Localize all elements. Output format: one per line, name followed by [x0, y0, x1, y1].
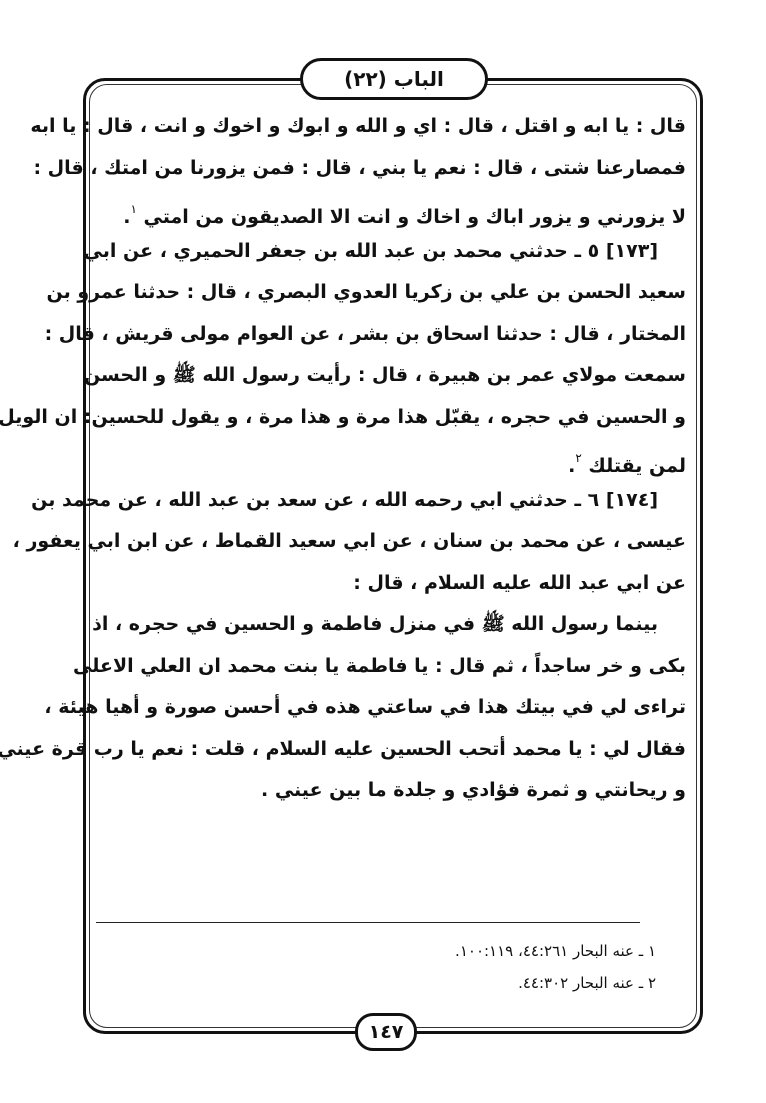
footnote-2: ٢ ـ عنه البحار ٤٤:٣٠٢. [455, 967, 656, 999]
footnote-1: ١ ـ عنه البحار ٤٤:٢٦١، ١٠٠:١١٩. [455, 935, 656, 967]
text-line: قال : يا ابه و اقتل ، قال : اي و الله و … [100, 106, 686, 148]
text-line-content: لا يزورني و يزور اباك و اخاك و انت الا ا… [144, 206, 686, 228]
text-line: و ريحانتي و ثمرة فؤادي و جلدة ما بين عين… [100, 770, 686, 812]
hadith-174-start: [١٧٤] ٦ ـ حدثني ابي رحمه الله ، عن سعد ب… [100, 480, 686, 522]
text-line: و الحسين في حجره ، يقبّل هذا مرة و هذا م… [100, 397, 686, 439]
text-line: تراءى لي في بيتك هذا في ساعتي هذه في أحس… [100, 687, 686, 729]
body-text: قال : يا ابه و اقتل ، قال : اي و الله و … [100, 106, 686, 812]
text-line: لا يزورني و يزور اباك و اخاك و انت الا ا… [100, 189, 686, 231]
page-number: ١٤٧ [355, 1013, 417, 1051]
footnote-marker: ١ [130, 202, 136, 216]
text-line: بينما رسول الله ﷺ في منزل فاطمة و الحسين… [100, 604, 686, 646]
hadith-173-start: [١٧٣] ٥ ـ حدثني محمد بن عبد الله بن جعفر… [100, 231, 686, 273]
chapter-title: الباب (٢٢) [300, 58, 488, 100]
text-line: عيسى ، عن محمد بن سنان ، عن ابي سعيد الق… [100, 521, 686, 563]
footnote-separator [96, 922, 640, 923]
text-line: سمعت مولاي عمر بن هبيرة ، قال : رأيت رسو… [100, 355, 686, 397]
footnotes: ١ ـ عنه البحار ٤٤:٢٦١، ١٠٠:١١٩. ٢ ـ عنه … [455, 935, 656, 999]
text-line: عن ابي عبد الله عليه السلام ، قال : [100, 563, 686, 605]
text-line: بكى و خر ساجداً ، ثم قال : يا فاطمة يا ب… [100, 646, 686, 688]
text-line: المختار ، قال : حدثنا اسحاق بن بشر ، عن … [100, 314, 686, 356]
text-line: فقال لي : يا محمد أتحب الحسين عليه السلا… [100, 729, 686, 771]
text-line: فمصارعنا شتى ، قال : نعم يا بني ، قال : … [100, 148, 686, 190]
text-line: لمن يقتلك ٢. [100, 438, 686, 480]
text-line: سعيد الحسن بن علي بن زكريا العدوي البصري… [100, 272, 686, 314]
text-line-content: لمن يقتلك [588, 455, 686, 477]
footnote-marker: ٢ [575, 451, 581, 465]
